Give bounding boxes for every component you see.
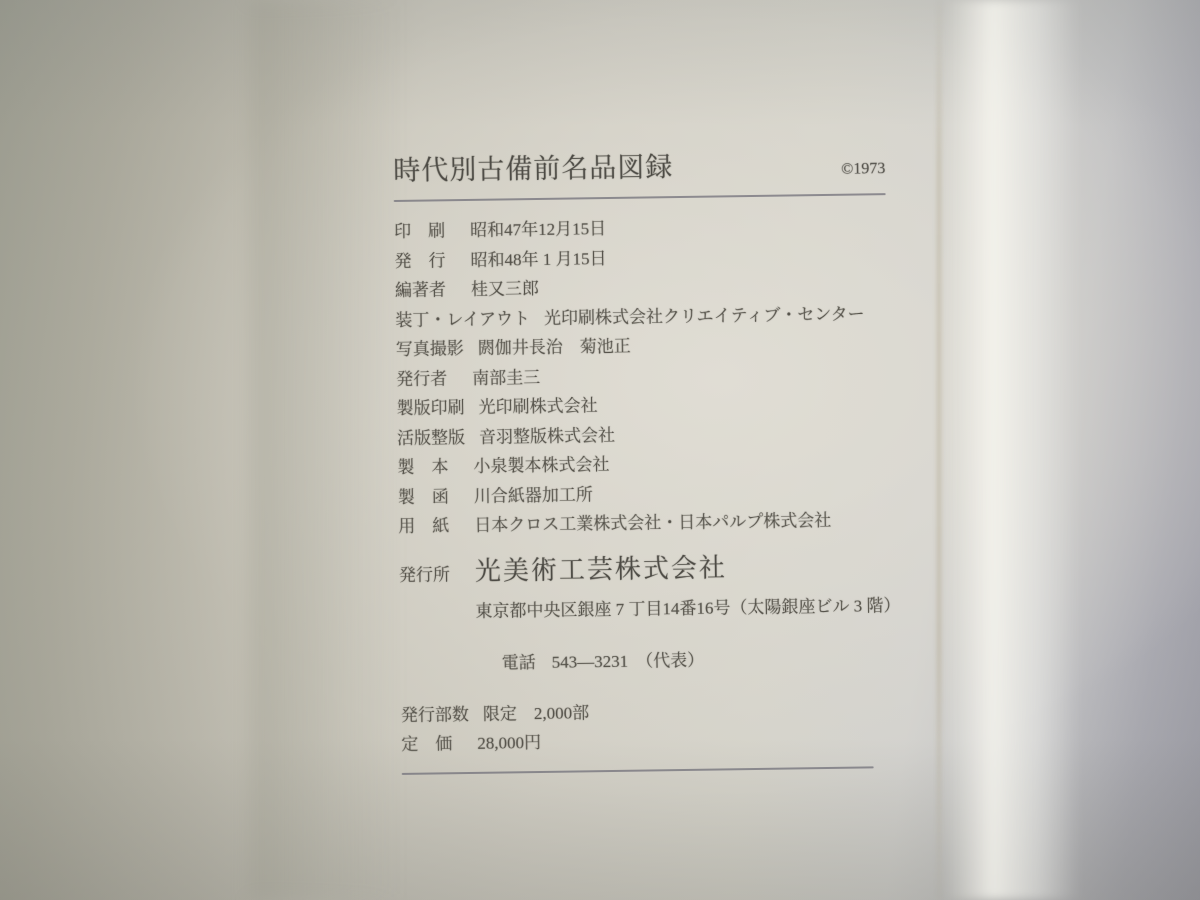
row-label: 製 本 <box>397 452 459 482</box>
publisher-row: 発行所 光美術工芸株式会社 <box>399 545 891 589</box>
page-edge-highlight <box>945 0 1080 900</box>
row-paper: 用 紙 日本クロス工業株式会社・日本パルプ株式会社 <box>398 505 890 541</box>
publisher-phone: 電話543—3231（代表） <box>476 623 893 694</box>
bottom-divider <box>402 766 874 775</box>
colophon-page: 時代別古備前名品図録 ©1973 印 刷 昭和47年12月15日 発 行 昭和4… <box>393 142 894 774</box>
row-label: 写真撮影 <box>396 334 464 364</box>
row-value: 光印刷株式会社クリエイティブ・センター <box>544 299 888 333</box>
row-label: 編著者 <box>395 275 457 305</box>
row-label: 装丁・レイアウト <box>395 304 530 335</box>
footer-rows: 発行部数 限定 2,000部 定 価 28,000円 <box>401 694 894 760</box>
page-crease <box>937 0 941 900</box>
phone-label: 電話 <box>502 653 536 672</box>
publisher-section: 発行所 光美術工芸株式会社 東京都中央区銀座 7 丁目14番16号（太陽銀座ビル… <box>399 545 893 695</box>
title-row: 時代別古備前名品図録 ©1973 <box>393 142 885 188</box>
publisher-label: 発行所 <box>399 560 461 586</box>
phone-note: （代表） <box>636 650 704 670</box>
phone-number: 543—3231 <box>552 651 629 671</box>
row-value: 日本クロス工業株式会社・日本パルプ株式会社 <box>474 505 890 540</box>
row-label: 発 行 <box>394 246 456 276</box>
row-label: 製版印刷 <box>396 393 464 423</box>
row-price: 定 価 28,000円 <box>401 723 893 759</box>
photo-of-book-colophon: { "photo": { "ink_color": "#56534b", "pa… <box>0 0 1200 900</box>
row-label: 活版整版 <box>397 423 465 453</box>
book-title: 時代別古備前名品図録 <box>393 145 674 188</box>
colophon-rows: 印 刷 昭和47年12月15日 発 行 昭和48年 1 月15日 編著者 桂又三… <box>394 210 890 541</box>
row-label: 印 刷 <box>394 216 456 246</box>
row-label: 定 価 <box>401 729 463 759</box>
row-value: 28,000円 <box>477 723 893 758</box>
publisher-address: 東京都中央区銀座 7 丁目14番16号（太陽銀座ビル 3 階） <box>475 591 891 622</box>
publisher-name: 光美術工芸株式会社 <box>475 547 728 588</box>
row-label: 発行者 <box>396 364 458 394</box>
row-label: 用 紙 <box>398 511 460 541</box>
page-gutter-shadow <box>250 0 400 900</box>
row-label: 製 函 <box>398 482 460 512</box>
title-divider <box>394 193 886 202</box>
row-label: 発行部数 <box>401 699 469 729</box>
copyright-notice: ©1973 <box>841 160 885 182</box>
